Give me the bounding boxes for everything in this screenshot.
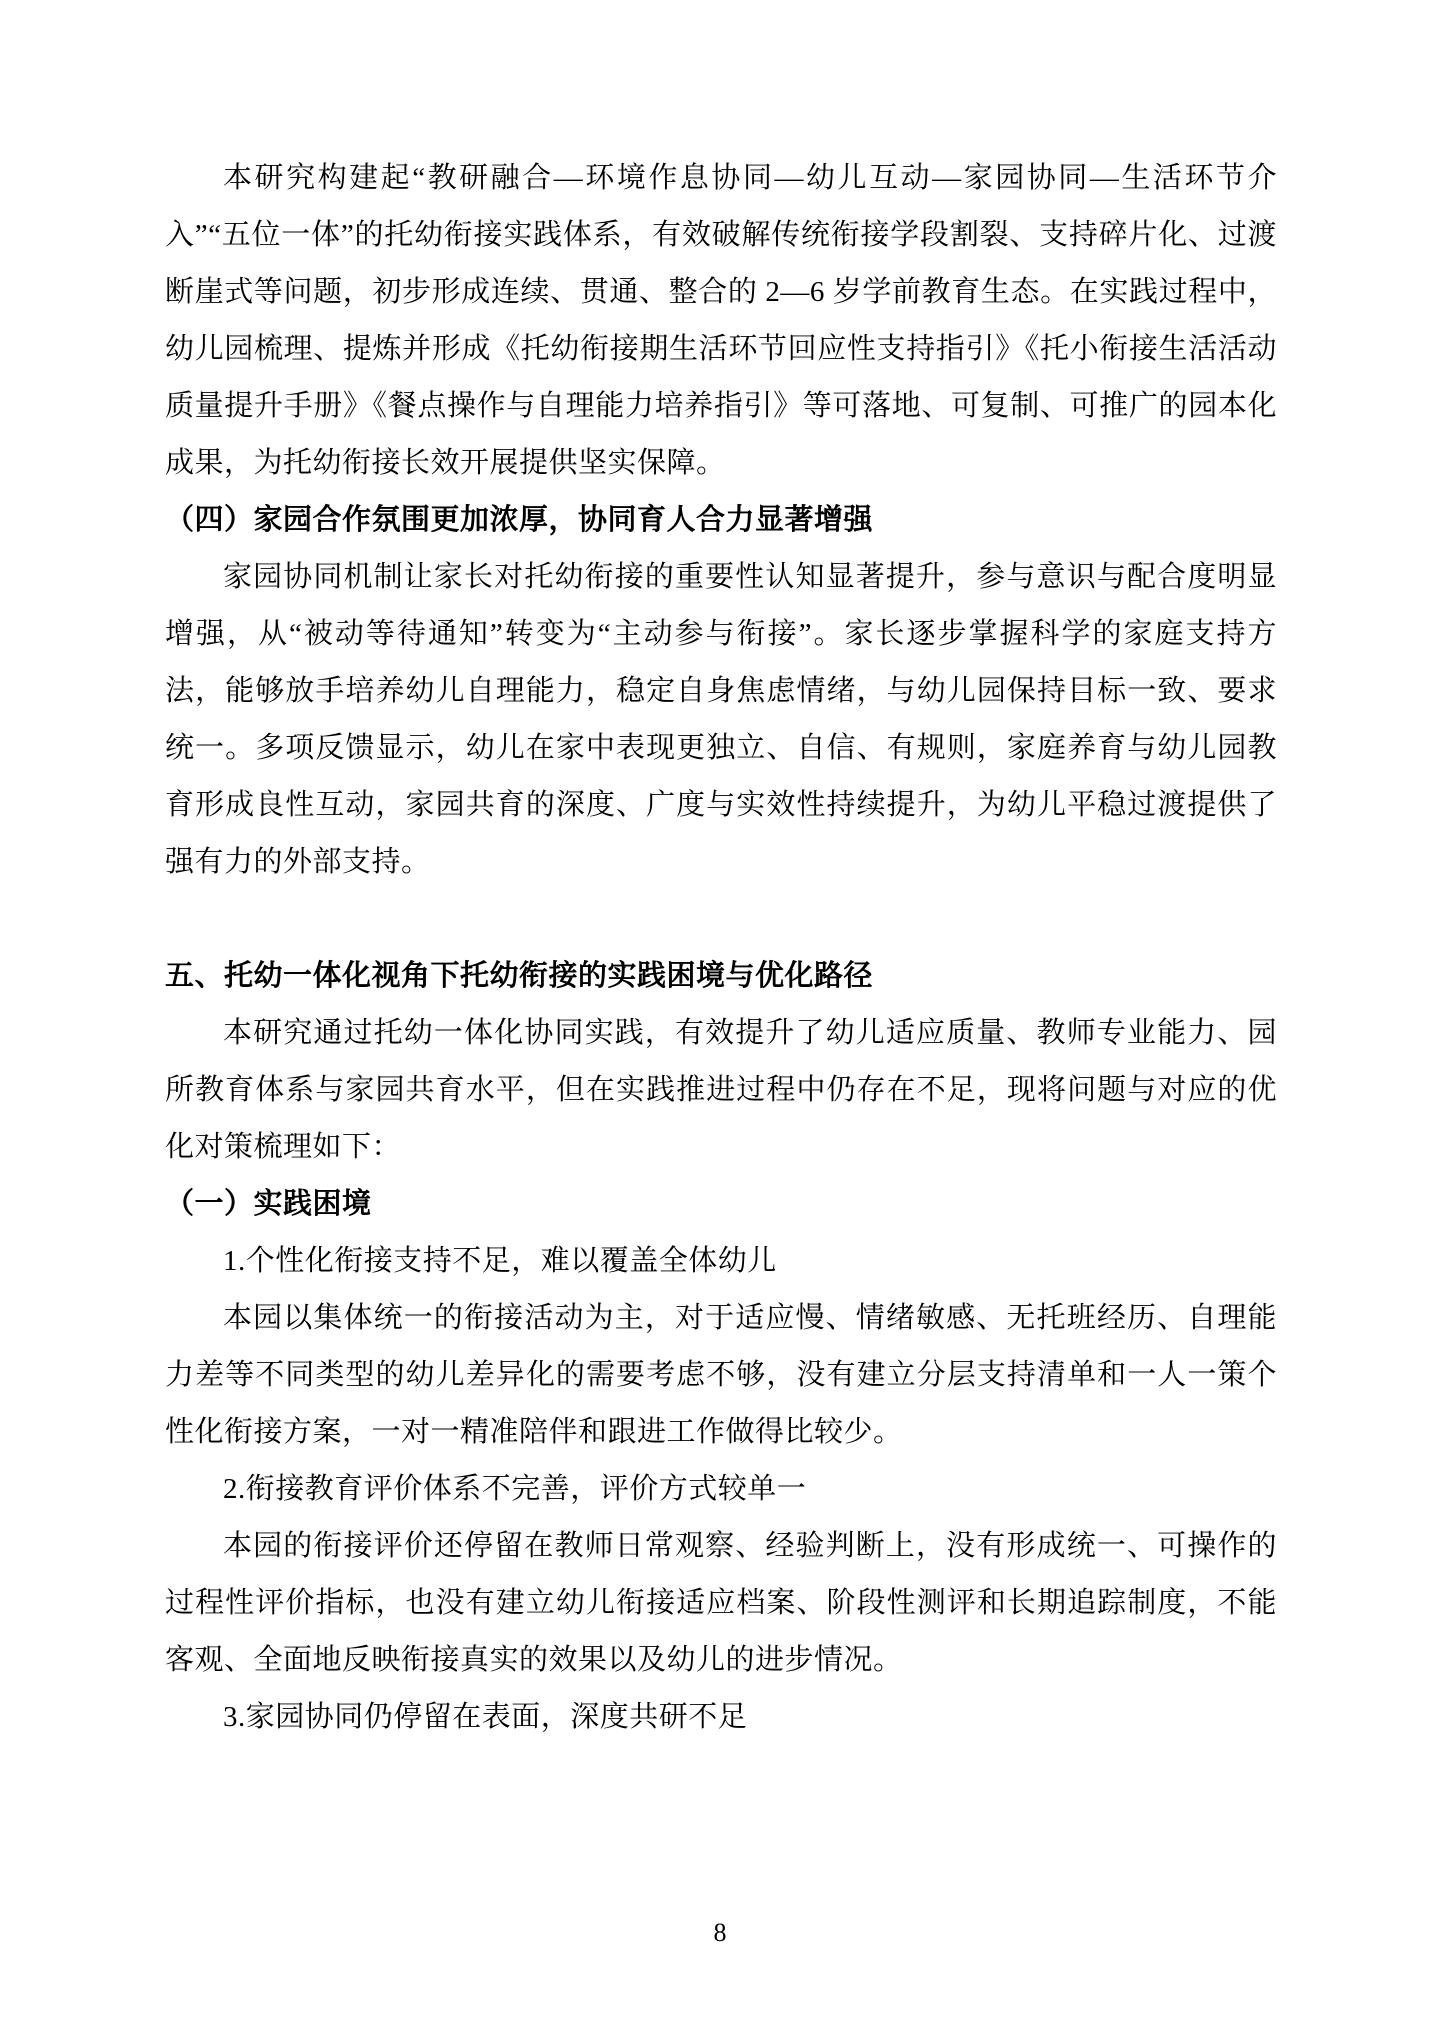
page-number: 8 — [714, 1918, 727, 1947]
list-item-3: 3.家园协同仍停留在表面，深度共研不足 — [165, 1689, 1277, 1746]
paragraph-achievements: 本研究构建起“教研融合—环境作息协同—幼儿互动—家园协同—生活环节介入”“五位一… — [165, 150, 1277, 492]
document-page: 本研究构建起“教研融合—环境作息协同—幼儿互动—家园协同—生活环节介入”“五位一… — [0, 0, 1440, 2036]
heading-section-one: （一）实践困境 — [165, 1176, 1277, 1233]
paragraph-issue-1: 本园以集体统一的衔接活动为主，对于适应慢、情绪敏感、无托班经历、自理能力差等不同… — [165, 1290, 1277, 1461]
list-item-1: 1.个性化衔接支持不足，难以覆盖全体幼儿 — [165, 1233, 1277, 1290]
heading-section-four: （四）家园合作氛围更加浓厚，协同育人合力显著增强 — [165, 492, 1277, 549]
heading-chapter-five: 五、托幼一体化视角下托幼衔接的实践困境与优化路径 — [165, 948, 1277, 1005]
paragraph-home-coop: 家园协同机制让家长对托幼衔接的重要性认知显著提升，参与意识与配合度明显增强，从“… — [165, 549, 1277, 891]
page-footer: 8 — [0, 1918, 1440, 1948]
paragraph-chapter-intro: 本研究通过托幼一体化协同实践，有效提升了幼儿适应质量、教师专业能力、园所教育体系… — [165, 1005, 1277, 1176]
document-body: 本研究构建起“教研融合—环境作息协同—幼儿互动—家园协同—生活环节介入”“五位一… — [165, 150, 1277, 1746]
list-item-2: 2.衔接教育评价体系不完善，评价方式较单一 — [165, 1461, 1277, 1518]
paragraph-issue-2: 本园的衔接评价还停留在教师日常观察、经验判断上，没有形成统一、可操作的过程性评价… — [165, 1518, 1277, 1689]
